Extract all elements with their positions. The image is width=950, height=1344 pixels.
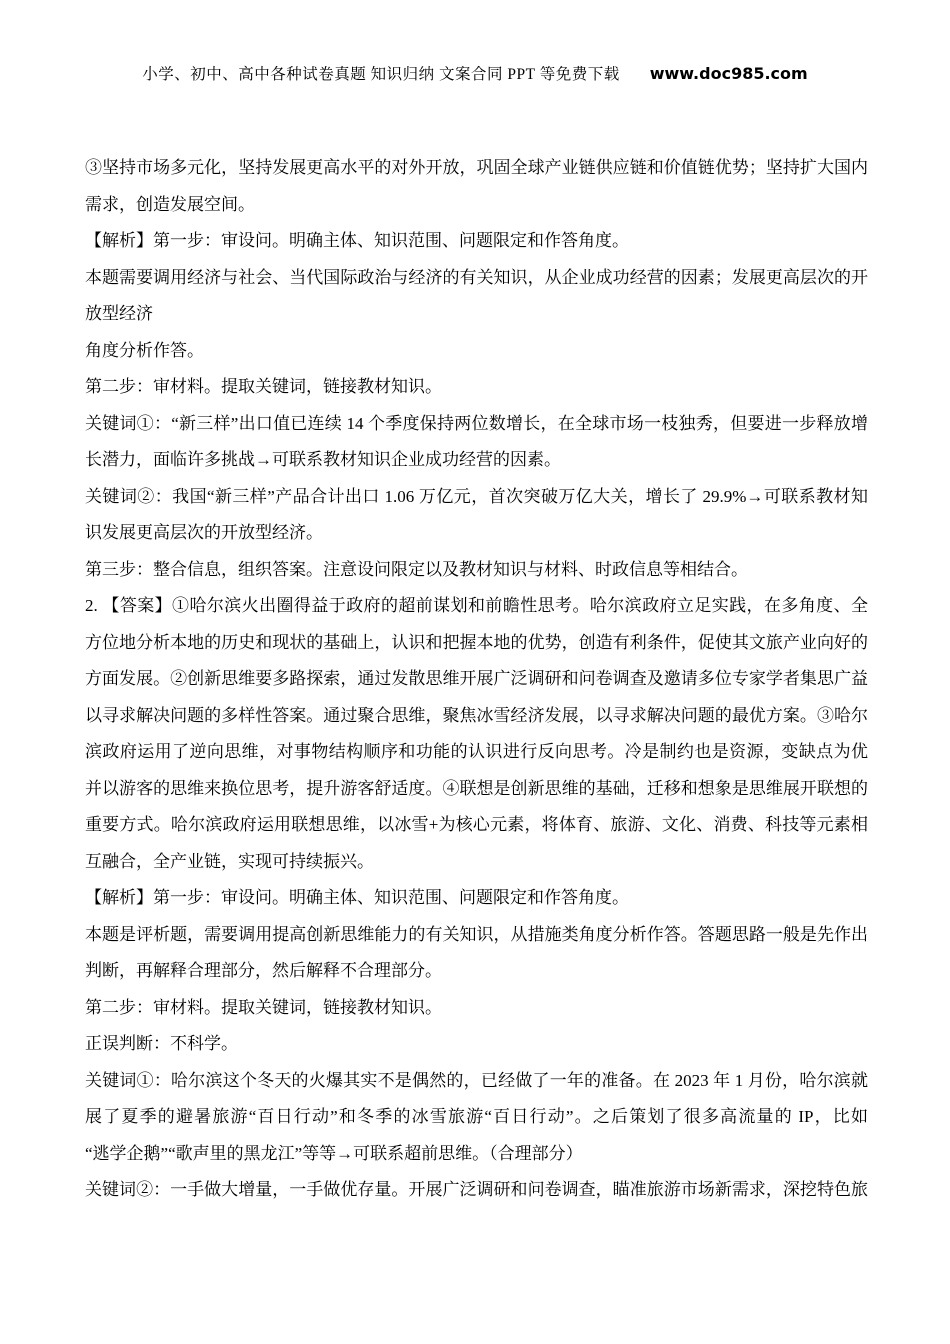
header-promo-text: 小学、初中、高中各种试卷真题 知识归纳 文案合同 PPT 等免费下载 (142, 63, 619, 87)
text-line: 2. 【答案】①哈尔滨火出圈得益于政府的超前谋划和前瞻性思考。哈尔滨政府立足实践… (85, 588, 868, 625)
text-line: 关键词①：哈尔滨这个冬天的火爆其实不是偶然的，已经做了一年的准备。在 2023 … (85, 1063, 868, 1100)
text-line: 关键词②：我国“新三样”产品合计出口 1.06 万亿元，首次突破万亿大关，增长了… (85, 479, 868, 516)
page-header: 小学、初中、高中各种试卷真题 知识归纳 文案合同 PPT 等免费下载 www.d… (0, 62, 950, 87)
text-line: 第二步：审材料。提取关键词，链接教材知识。 (85, 369, 868, 406)
text-line: 关键词②：一手做大增量，一手做优存量。开展广泛调研和问卷调查，瞄准旅游市场新需求… (85, 1172, 868, 1209)
text-line: 第二步：审材料。提取关键词，链接教材知识。 (85, 990, 868, 1027)
text-line: 方面发展。②创新思维要多路探索，通过发散思维开展广泛调研和问卷调查及邀请多位专家… (85, 661, 868, 698)
text-line: ③坚持市场多元化，坚持发展更高水平的对外开放，巩固全球产业链供应链和价值链优势；… (85, 150, 868, 187)
text-line: 展了夏季的避暑旅游“百日行动”和冬季的冰雪旅游“百日行动”。之后策划了很多高流量… (85, 1099, 868, 1136)
text-line: 重要方式。哈尔滨政府运用联想思维，以冰雪+为核心元素，将体育、旅游、文化、消费、… (85, 807, 868, 844)
text-line: 关键词①：“新三样”出口值已连续 14 个季度保持两位数增长，在全球市场一枝独秀… (85, 406, 868, 443)
text-line: 滨政府运用了逆向思维，对事物结构顺序和功能的认识进行反向思考。冷是制约也是资源，… (85, 734, 868, 771)
text-line: 第三步：整合信息，组织答案。注意设问限定以及教材知识与材料、时政信息等相结合。 (85, 552, 868, 589)
document-body: ③坚持市场多元化，坚持发展更高水平的对外开放，巩固全球产业链供应链和价值链优势；… (85, 150, 868, 1209)
text-line: 互融合，全产业链，实现可持续振兴。 (85, 844, 868, 881)
text-line: 长潜力，面临许多挑战→可联系教材知识企业成功经营的因素。 (85, 442, 868, 479)
header-site-url: www.doc985.com (650, 62, 808, 86)
text-line: 方位地分析本地的历史和现状的基础上，认识和把握本地的优势，创造有利条件，促使其文… (85, 625, 868, 662)
text-line: 判断，再解释合理部分，然后解释不合理部分。 (85, 953, 868, 990)
text-line: 角度分析作答。 (85, 333, 868, 370)
text-line: 本题是评析题，需要调用提高创新思维能力的有关知识，从措施类角度分析作答。答题思路… (85, 917, 868, 954)
text-line: 识发展更高层次的开放型经济。 (85, 515, 868, 552)
text-line: 【解析】第一步：审设问。明确主体、知识范围、问题限定和作答角度。 (85, 880, 868, 917)
text-line: 本题需要调用经济与社会、当代国际政治与经济的有关知识，从企业成功经营的因素；发展… (85, 260, 868, 297)
text-line: 【解析】第一步：审设问。明确主体、知识范围、问题限定和作答角度。 (85, 223, 868, 260)
text-line: 正误判断：不科学。 (85, 1026, 868, 1063)
text-line: 需求，创造发展空间。 (85, 187, 868, 224)
text-line: “逃学企鹅”“歌声里的黑龙江”等等→可联系超前思维。（合理部分） (85, 1136, 868, 1173)
text-line: 放型经济 (85, 296, 868, 333)
text-line: 以寻求解决问题的多样性答案。通过聚合思维，聚焦冰雪经济发展，以寻求解决问题的最优… (85, 698, 868, 735)
text-line: 并以游客的思维来换位思考，提升游客舒适度。④联想是创新思维的基础，迁移和想象是思… (85, 771, 868, 808)
document-page: 小学、初中、高中各种试卷真题 知识归纳 文案合同 PPT 等免费下载 www.d… (0, 0, 950, 1344)
